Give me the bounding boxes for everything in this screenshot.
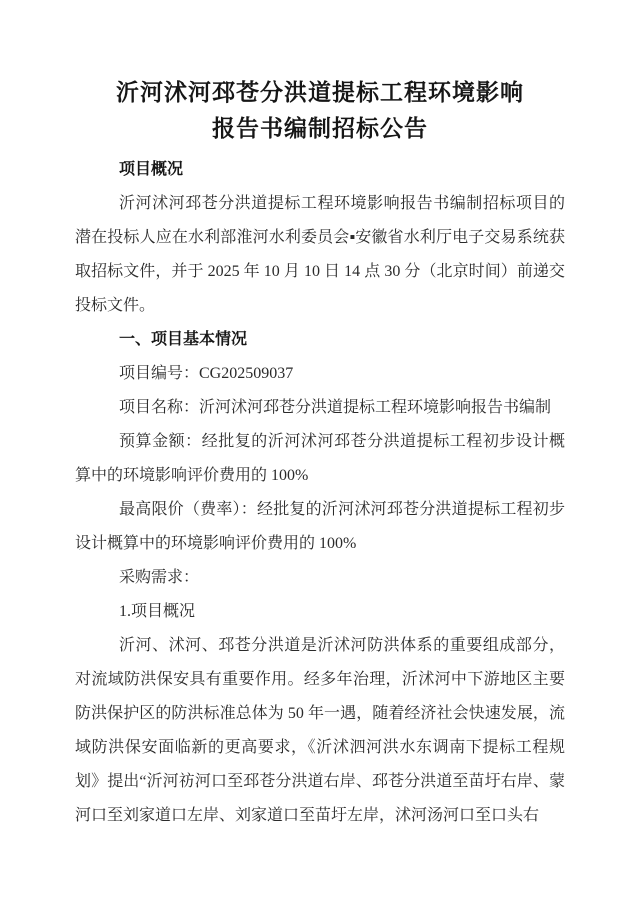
overview-paragraph: 沂河沭河邳苍分洪道提标工程环境影响报告书编制招标项目的潜在投标人应在水利部淮河水… xyxy=(75,187,565,323)
project-overview-subheading: 1.项目概况 xyxy=(75,595,565,629)
section1-heading: 一、项目基本情况 xyxy=(75,323,565,357)
max-price-line: 最高限价（费率）：经批复的沂河沭河邳苍分洪道提标工程初步设计概算中的环境影响评价… xyxy=(75,493,565,561)
document-title-line-2: 报告书编制招标公告 xyxy=(75,111,565,147)
document-title-line-1: 沂河沭河邳苍分洪道提标工程环境影响 xyxy=(75,75,565,111)
project-number-line: 项目编号：CG202509037 xyxy=(75,357,565,391)
project-name-line: 项目名称：沂河沭河邳苍分洪道提标工程环境影响报告书编制 xyxy=(75,391,565,425)
project-overview-paragraph: 沂河、沭河、邳苍分洪道是沂沭河防洪体系的重要组成部分，对流域防洪保安具有重要作用… xyxy=(75,629,565,833)
document-page: 沂河沭河邳苍分洪道提标工程环境影响 报告书编制招标公告 项目概况 沂河沭河邳苍分… xyxy=(0,0,640,906)
document-title: 沂河沭河邳苍分洪道提标工程环境影响 报告书编制招标公告 xyxy=(75,75,565,147)
procurement-requirements-label: 采购需求： xyxy=(75,561,565,595)
budget-amount-line: 预算金额：经批复的沂河沭河邳苍分洪道提标工程初步设计概算中的环境影响评价费用的 … xyxy=(75,425,565,493)
overview-heading: 项目概况 xyxy=(75,153,565,187)
